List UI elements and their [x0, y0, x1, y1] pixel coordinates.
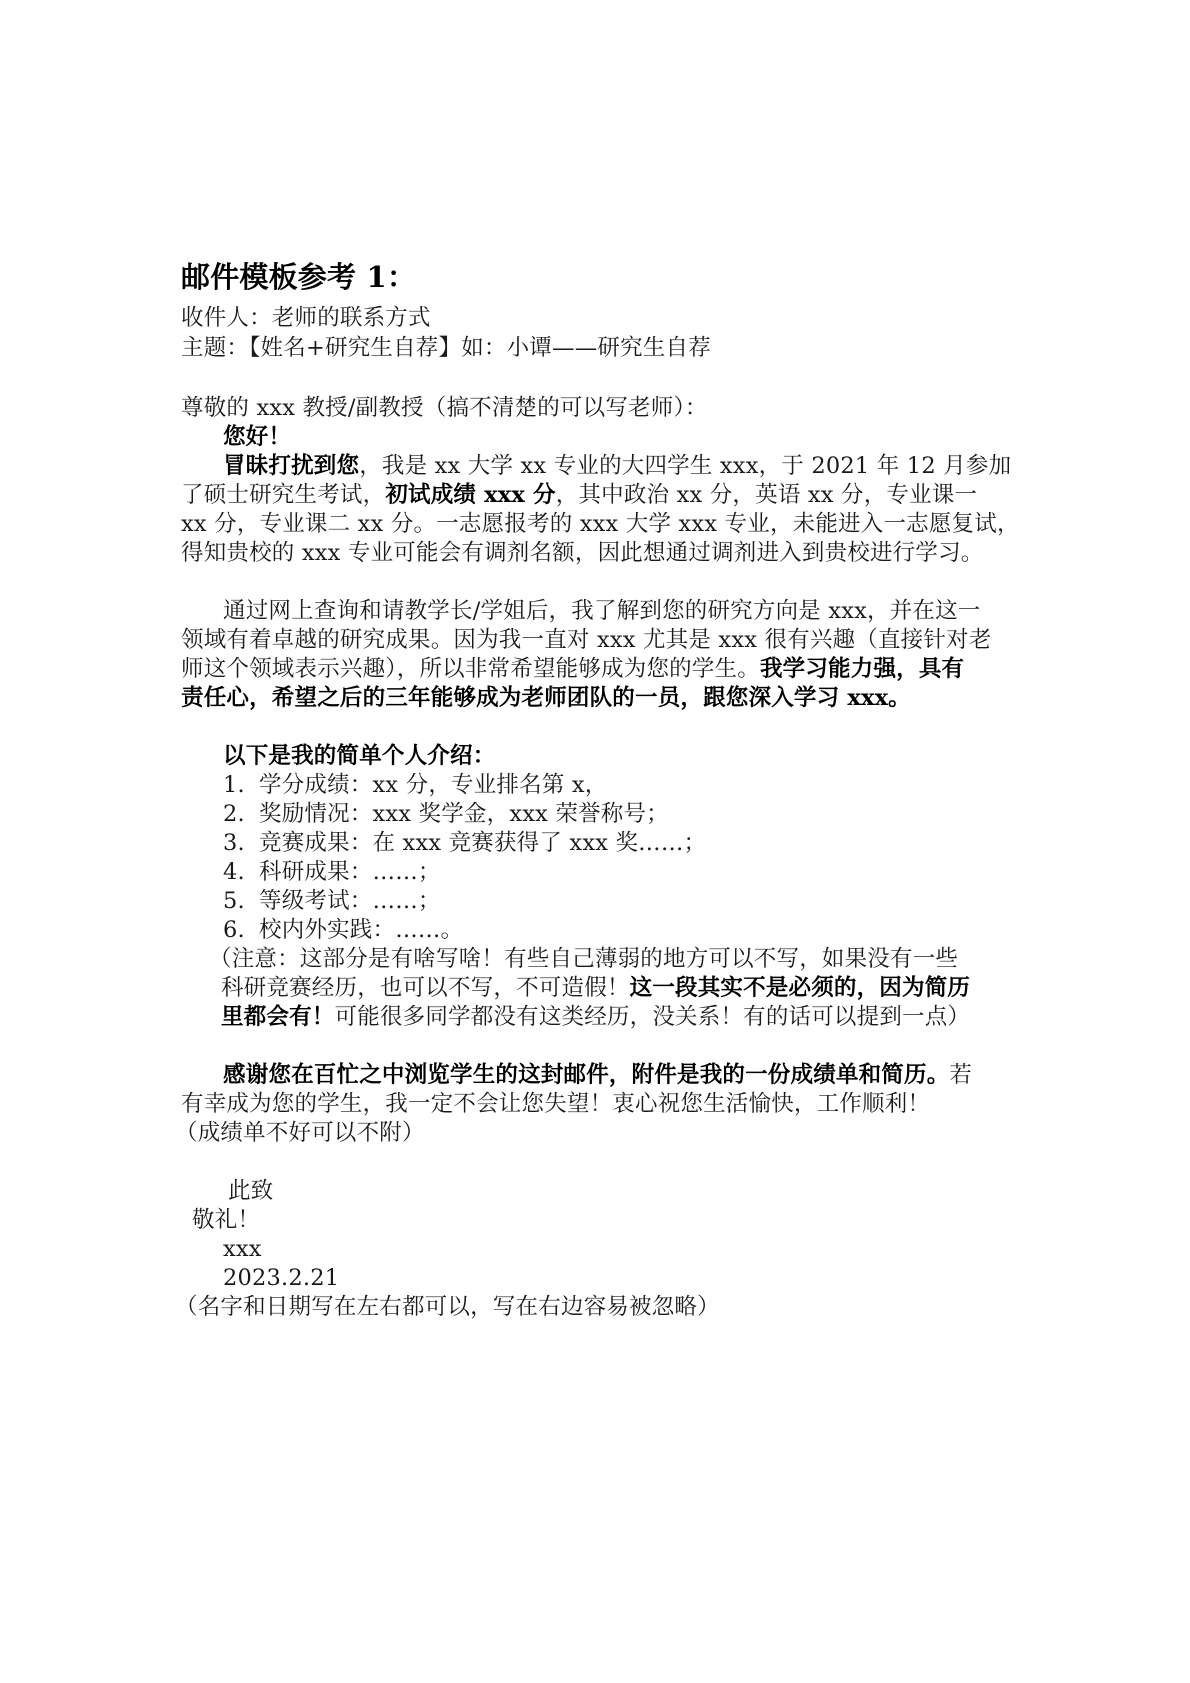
document-title: 邮件模板参考 1： — [181, 258, 416, 296]
intro-list-item: 4.科研成果：……； — [223, 857, 441, 887]
intro-list-item: 6.校内外实践：……。 — [223, 915, 463, 945]
signoff-cizhi: 此致 — [228, 1176, 273, 1206]
intro-list-item: 1.学分成绩：xx 分，专业排名第 x， — [223, 770, 607, 800]
list-text: 等级考试：……； — [259, 888, 441, 914]
intro-list-item: 3.竞赛成果：在 xxx 竞赛获得了 xxx 奖……； — [223, 828, 706, 858]
list-text: 学分成绩：xx 分，专业排名第 x， — [259, 772, 607, 798]
note-line1: （注意：这部分是有啥写啥！有些自己薄弱的地方可以不写，如果没有一些 — [209, 944, 958, 974]
para1-line1-text: ，我是 xx 大学 xx 专业的大四学生 xxx，于 2021 年 12 月参加 — [359, 453, 1011, 479]
para1-line1: 冒昧打扰到您，我是 xx 大学 xx 专业的大四学生 xxx，于 2021 年 … — [223, 451, 1011, 481]
note-line3-rest: 可能很多同学都没有这类经历，没关系！有的话可以提到一点） — [335, 1004, 971, 1030]
para2-line2: 领域有着卓越的研究成果。因为我一直对 xxx 尤其是 xxx 很有兴趣（直接针对… — [181, 625, 991, 655]
list-text: 竞赛成果：在 xxx 竞赛获得了 xxx 奖……； — [259, 830, 706, 856]
signoff-date: 2023.2.21 — [223, 1263, 339, 1293]
note-bold-not-required: 这一段其实不是必须的，因为简历 — [630, 975, 971, 1001]
signoff-name: xxx — [223, 1234, 262, 1264]
closing-line3: （成绩单不好可以不附） — [175, 1118, 425, 1148]
signoff-jingli: 敬礼！ — [192, 1205, 260, 1235]
list-text: 科研成果：……； — [259, 859, 441, 885]
closing-line1: 感谢您在百忙之中浏览学生的这封邮件，附件是我的一份成绩单和简历。若 — [223, 1060, 972, 1090]
list-text: 校内外实践：……。 — [259, 917, 463, 943]
list-number: 1. — [223, 770, 259, 800]
closing-bold-thanks: 感谢您在百忙之中浏览学生的这封邮件，附件是我的一份成绩单和简历。 — [223, 1062, 949, 1088]
note-line2: 科研竞赛经历，也可以不写，不可造假！这一段其实不是必须的，因为简历 — [221, 973, 970, 1003]
list-text: 奖励情况：xxx 奖学金，xxx 荣誉称号； — [259, 801, 669, 827]
note-line2-pre: 科研竞赛经历，也可以不写，不可造假！ — [221, 975, 630, 1001]
intro-list-item: 2.奖励情况：xxx 奖学金，xxx 荣誉称号； — [223, 799, 669, 829]
note-bold-resume: 里都会有！ — [221, 1004, 335, 1030]
signoff-note: （名字和日期写在左右都可以，写在右边容易被忽略） — [175, 1292, 720, 1322]
para2-line3: 师这个领域表示兴趣），所以非常希望能够成为您的学生。我学习能力强，具有 — [181, 654, 964, 684]
para1-line3: xx 分，专业课二 xx 分。一志愿报考的 xxx 大学 xxx 专业，未能进入… — [181, 509, 1020, 539]
closing-line2: 有幸成为您的学生，我一定不会让您失望！衷心祝您生活愉快，工作顺利！ — [181, 1089, 930, 1119]
para1-line2-rest: ，其中政治 xx 分，英语 xx 分，专业课一 — [556, 482, 977, 508]
note-line3: 里都会有！可能很多同学都没有这类经历，没关系！有的话可以提到一点） — [221, 1002, 970, 1032]
intro-list-item: 5.等级考试：……； — [223, 886, 441, 916]
salutation-line: 尊敬的 xxx 教授/副教授（搞不清楚的可以写老师）： — [181, 393, 708, 423]
para1-line4: 得知贵校的 xxx 专业可能会有调剂名额，因此想通过调剂进入到贵校进行学习。 — [181, 538, 983, 568]
greeting-line: 您好！ — [223, 422, 291, 452]
para2-bold-ability: 我学习能力强，具有 — [760, 656, 964, 682]
list-number: 2. — [223, 799, 259, 829]
closing-line1-rest: 若 — [949, 1062, 972, 1088]
para1-bold-score: 初试成绩 xxx 分 — [385, 482, 555, 508]
para2-line1: 通过网上查询和请教学长/学姐后，我了解到您的研究方向是 xxx，并在这一 — [223, 596, 981, 626]
para2-line3-pre: 师这个领域表示兴趣），所以非常希望能够成为您的学生。 — [181, 656, 760, 682]
para1-line2-pre: 了硕士研究生考试， — [181, 482, 385, 508]
para2-line4-bold: 责任心，希望之后的三年能够成为老师团队的一员，跟您深入学习 xxx。 — [181, 683, 911, 713]
list-number: 5. — [223, 886, 259, 916]
para1-line2: 了硕士研究生考试，初试成绩 xxx 分，其中政治 xx 分，英语 xx 分，专业… — [181, 480, 977, 510]
para1-bold-opening: 冒昧打扰到您 — [223, 453, 359, 479]
intro-heading: 以下是我的简单个人介绍： — [223, 741, 495, 771]
list-number: 3. — [223, 828, 259, 858]
subject-line: 主题：【姓名+研究生自荐】如：小谭——研究生自荐 — [181, 333, 711, 363]
list-number: 6. — [223, 915, 259, 945]
list-number: 4. — [223, 857, 259, 887]
recipient-line: 收件人：老师的联系方式 — [181, 303, 431, 333]
